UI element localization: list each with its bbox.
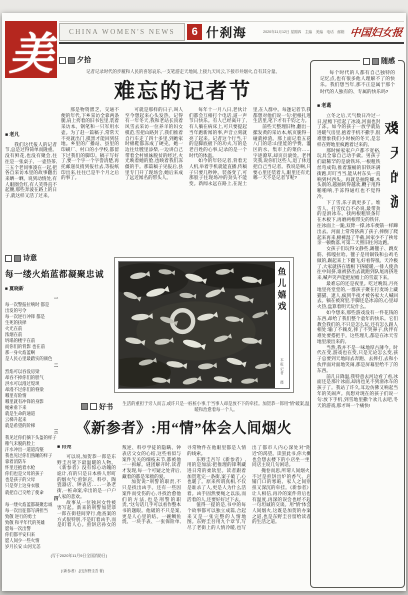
newspaper-logo: 中国妇女报 (349, 25, 403, 40)
poem-title: 每一缕火焰蓝都凝聚忠诚 (5, 268, 107, 280)
section-title: 什刹海 (206, 23, 247, 41)
para: 可以说,加贺恭一郎是东野圭吾笔下最温暖的人物。《新参者》没有惊心动魄的诡计,有的… (57, 454, 116, 500)
essay-box: 随感 每个时代的人都有自己独特的记忆点,也有很多他人理解不了的快乐。我们想当年,… (310, 60, 405, 588)
para: 掩卷而思,所谓人间烟火,不过是煎饼出炉的香气、店铺门口的寒暄、家人之间别扭又深沉… (252, 468, 311, 525)
para: 可就是那样的日子,叫人至今想起来心头发热。记得有一年冬天,我和老站长顶着风雪去采… (125, 107, 183, 181)
essay-label-text: 随感 (381, 56, 395, 66)
header-bar: CHINA WOMEN'S NEWS 6 什刹海 2020年11月12日 星期四… (59, 21, 404, 44)
main-article-lead-column: ■ 老凡 我们这代报人的记者节,总是过得简单而隆重。没有鲜花,也没有聚会,往往是… (5, 107, 57, 249)
para: 那是物资匮乏、交通不便的年代,下乡采访全靠两条腿,肩上挎着的旧书包里,装着采访本… (61, 107, 119, 181)
square-icon (363, 58, 370, 65)
book-review-title: 《新参者》:用“情”体会人间烟火 (57, 417, 311, 438)
para: 最难忘的还是夜里。吃过晚饭,月亮地里亮堂堂的,一群孩子聚在打麦场上藏猫猫、逮人,… (317, 281, 398, 310)
photo-caption: 鱼儿嬉戏 (276, 267, 288, 313)
para: 当然,我并不是一味地厚古薄今。时代在变,游戏也在变,只是无论怎么变,孩子总要到天… (317, 345, 398, 374)
main-article-author: ■ 老凡 (5, 133, 57, 139)
photo-credit: 本报记者 摄 (280, 358, 285, 385)
essay-author: ■ 老葛 (317, 102, 398, 109)
para: 如今想来,那些游戏没有一件花钱的东西,却给了我们整个童年的快乐。它们教会我们的,… (317, 310, 398, 345)
poem-label: 诗意 (5, 253, 107, 263)
photo-caption-strip: 鱼儿嬉戏 本报记者 摄 (275, 262, 289, 388)
main-article-label: 夕拾 (59, 55, 91, 65)
book-review-intro: 生活的重担于旁人而言,或许只是一桩桩小事,于当事人却是放不下的牵挂。加贺恭一郎用… (121, 401, 311, 412)
main-article-body-columns: 那是物资匮乏、交通不便的年代,下乡采访全靠两条腿,肩上挎着的旧书包里,装着采访本… (61, 107, 311, 249)
square-icon (59, 57, 66, 64)
photo-frame: 鱼儿嬉戏 本报记者 摄 (114, 257, 294, 393)
main-article-label-text: 夕拾 (77, 55, 91, 65)
newspaper-page: 美 CHINA WOMEN'S NEWS 6 什刹海 2020年11月12日 星… (2, 13, 406, 591)
book-review-body-columns: ■ 肖尧 可以说,加贺恭一郎是东野圭吾笔下最温暖的人物。《新参者》没有惊心动魄的… (57, 445, 311, 576)
poem-label-text: 诗意 (23, 253, 37, 263)
page-number-badge: 6 (187, 24, 202, 40)
book-review-note: (《新参者》,[日]东野圭吾 著) (61, 569, 119, 574)
book-review-section: 好书 生活的重担于旁人而言,或许只是一桩桩小事,于当事人却是放不下的牵挂。加贺恭… (57, 401, 311, 576)
square-icon (90, 403, 97, 410)
essay-vertical-title: 冬天的游戏 (386, 121, 398, 213)
essay-label: 随感 (360, 56, 398, 66)
fish-photo-image (119, 262, 275, 388)
essay-body: 冬天的游戏 立冬之后,天气数日冷过一日,屋檐下挂起了冰凌,河面也封了冻。如今的孩… (317, 113, 398, 543)
calligraphy-character: 美 (9, 21, 53, 78)
essay-quote: 每个时代的人都有自己独特的记忆点,也有很多他人理解不了的快乐。我们想当年,那不正… (317, 70, 398, 95)
poem-author: ■ 夏晓新 (5, 285, 107, 292)
para: 我们这代报人的记者节,总是过得简单而隆重。没有鲜花,也没有聚会,往往是一张桌子、… (5, 142, 57, 199)
para: 前些天整理旧物,翻出一摞发黄的采访本,纸页脆得一碰就掉渣。那上面记着五花八门的话… (253, 124, 311, 181)
square-icon (14, 255, 21, 262)
square-icon (372, 58, 379, 65)
para: 东野圭吾写《新参者》,用的是加法:把推理的锋利藏进日常的柔软里。读者跟着加贺逛完… (187, 457, 246, 503)
fish-pond-illustration (119, 262, 275, 388)
para: 女孩子们玩得文静些,踢毽子、跳皮筋、抓嘎拉哈。毽子是用铜钱和公鸡毛做的,踢起来上… (317, 246, 398, 281)
essay-content: 每个时代的人都有自己独特的记忆点,也有很多他人理解不了的快乐。我们想当年,那不正… (311, 61, 404, 587)
para: 前几日降温,我特意去河边看了看,冰面还是那片冰面,却再也见不到滑冰车的孩子了。我… (317, 374, 398, 409)
square-icon (68, 57, 75, 64)
masthead-calligraphy-block: 美 (5, 21, 57, 78)
book-review-label: 好书 (81, 402, 113, 412)
para: 每年十一月八日,老伙计们都会互相打个电话,道一声节日快乐。有人已经离开了,有人躺… (189, 107, 247, 158)
folio-line: 2020年11月12日 星期四 主编 美编 电话 邮箱 (263, 30, 344, 35)
main-article-title: 难忘的记者节 (59, 75, 307, 105)
book-review-author: ■ 肖尧 (57, 445, 116, 451)
book-review-paragraphs: 可以说,加贺恭一郎是东野圭吾笔下最温暖的人物。《新参者》没有惊心动魄的诡计,有的… (57, 445, 311, 531)
english-masthead: CHINA WOMEN'S NEWS (59, 23, 185, 41)
book-review-header: 好书 生活的重担于旁人而言,或许只是一桩桩小事,于当事人却是放不下的牵挂。加贺恭… (57, 401, 311, 412)
square-icon (81, 403, 88, 410)
photo-inner-frame: 鱼儿嬉戏 本报记者 摄 (118, 261, 290, 389)
main-article-lead-text: 我们这代报人的记者节,总是过得简单而隆重。没有鲜花,也没有聚会,往往是一张桌子、… (5, 142, 57, 199)
square-icon (5, 255, 12, 262)
book-review-label-text: 好书 (99, 402, 113, 412)
